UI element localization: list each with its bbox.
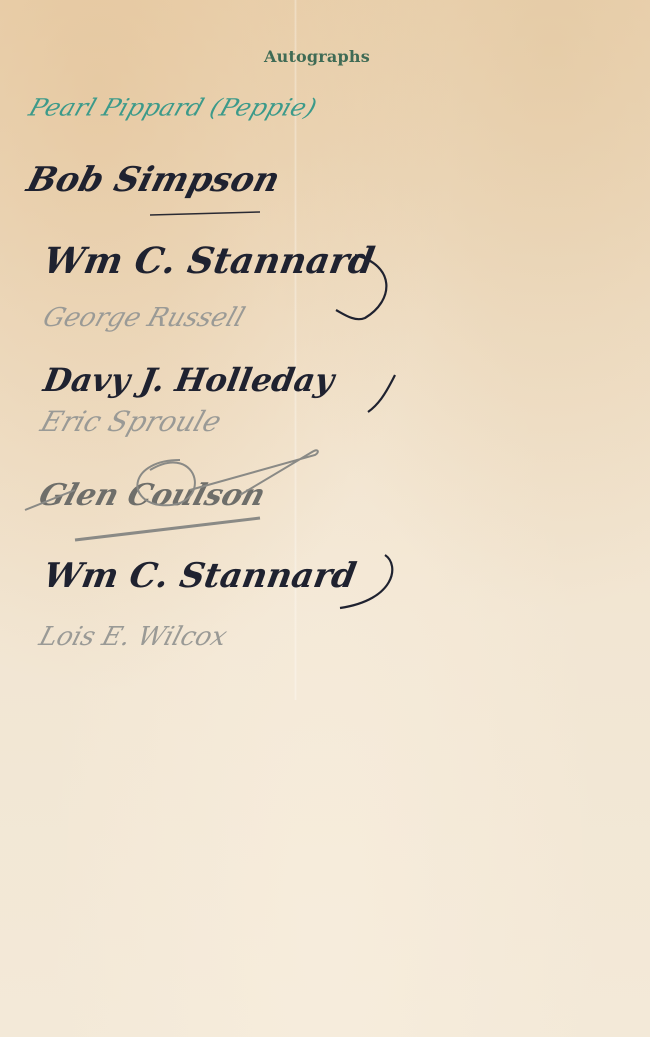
- signature-pearl-pippard: Pearl Pippard (Peppie): [26, 94, 321, 122]
- page-heading: Autographs: [264, 47, 370, 66]
- signature-bob-simpson: Bob Simpson: [23, 160, 285, 200]
- holleday-tail: [368, 375, 395, 412]
- signature-glen-coulson: Glen Coulson: [35, 478, 269, 513]
- signature-davy-holleday: Davy J. Holleday: [41, 361, 337, 399]
- signature-george-russell: George Russell: [39, 303, 248, 333]
- signature-eric-sproule: Eric Sproule: [37, 405, 226, 438]
- signature-wm-stannard-1: Wm C. Stannard: [40, 240, 377, 282]
- simpson-underline: [150, 212, 260, 215]
- signature-wm-stannard-2: Wm C. Stannard: [40, 556, 359, 596]
- signature-lois-wilcox: Lois E. Wilcox: [36, 622, 231, 652]
- signature-flourishes: [0, 0, 650, 1037]
- autograph-page: Autographs Pearl Pippard (Peppie) Bob Si…: [0, 0, 650, 1037]
- coulson-underline: [75, 518, 260, 540]
